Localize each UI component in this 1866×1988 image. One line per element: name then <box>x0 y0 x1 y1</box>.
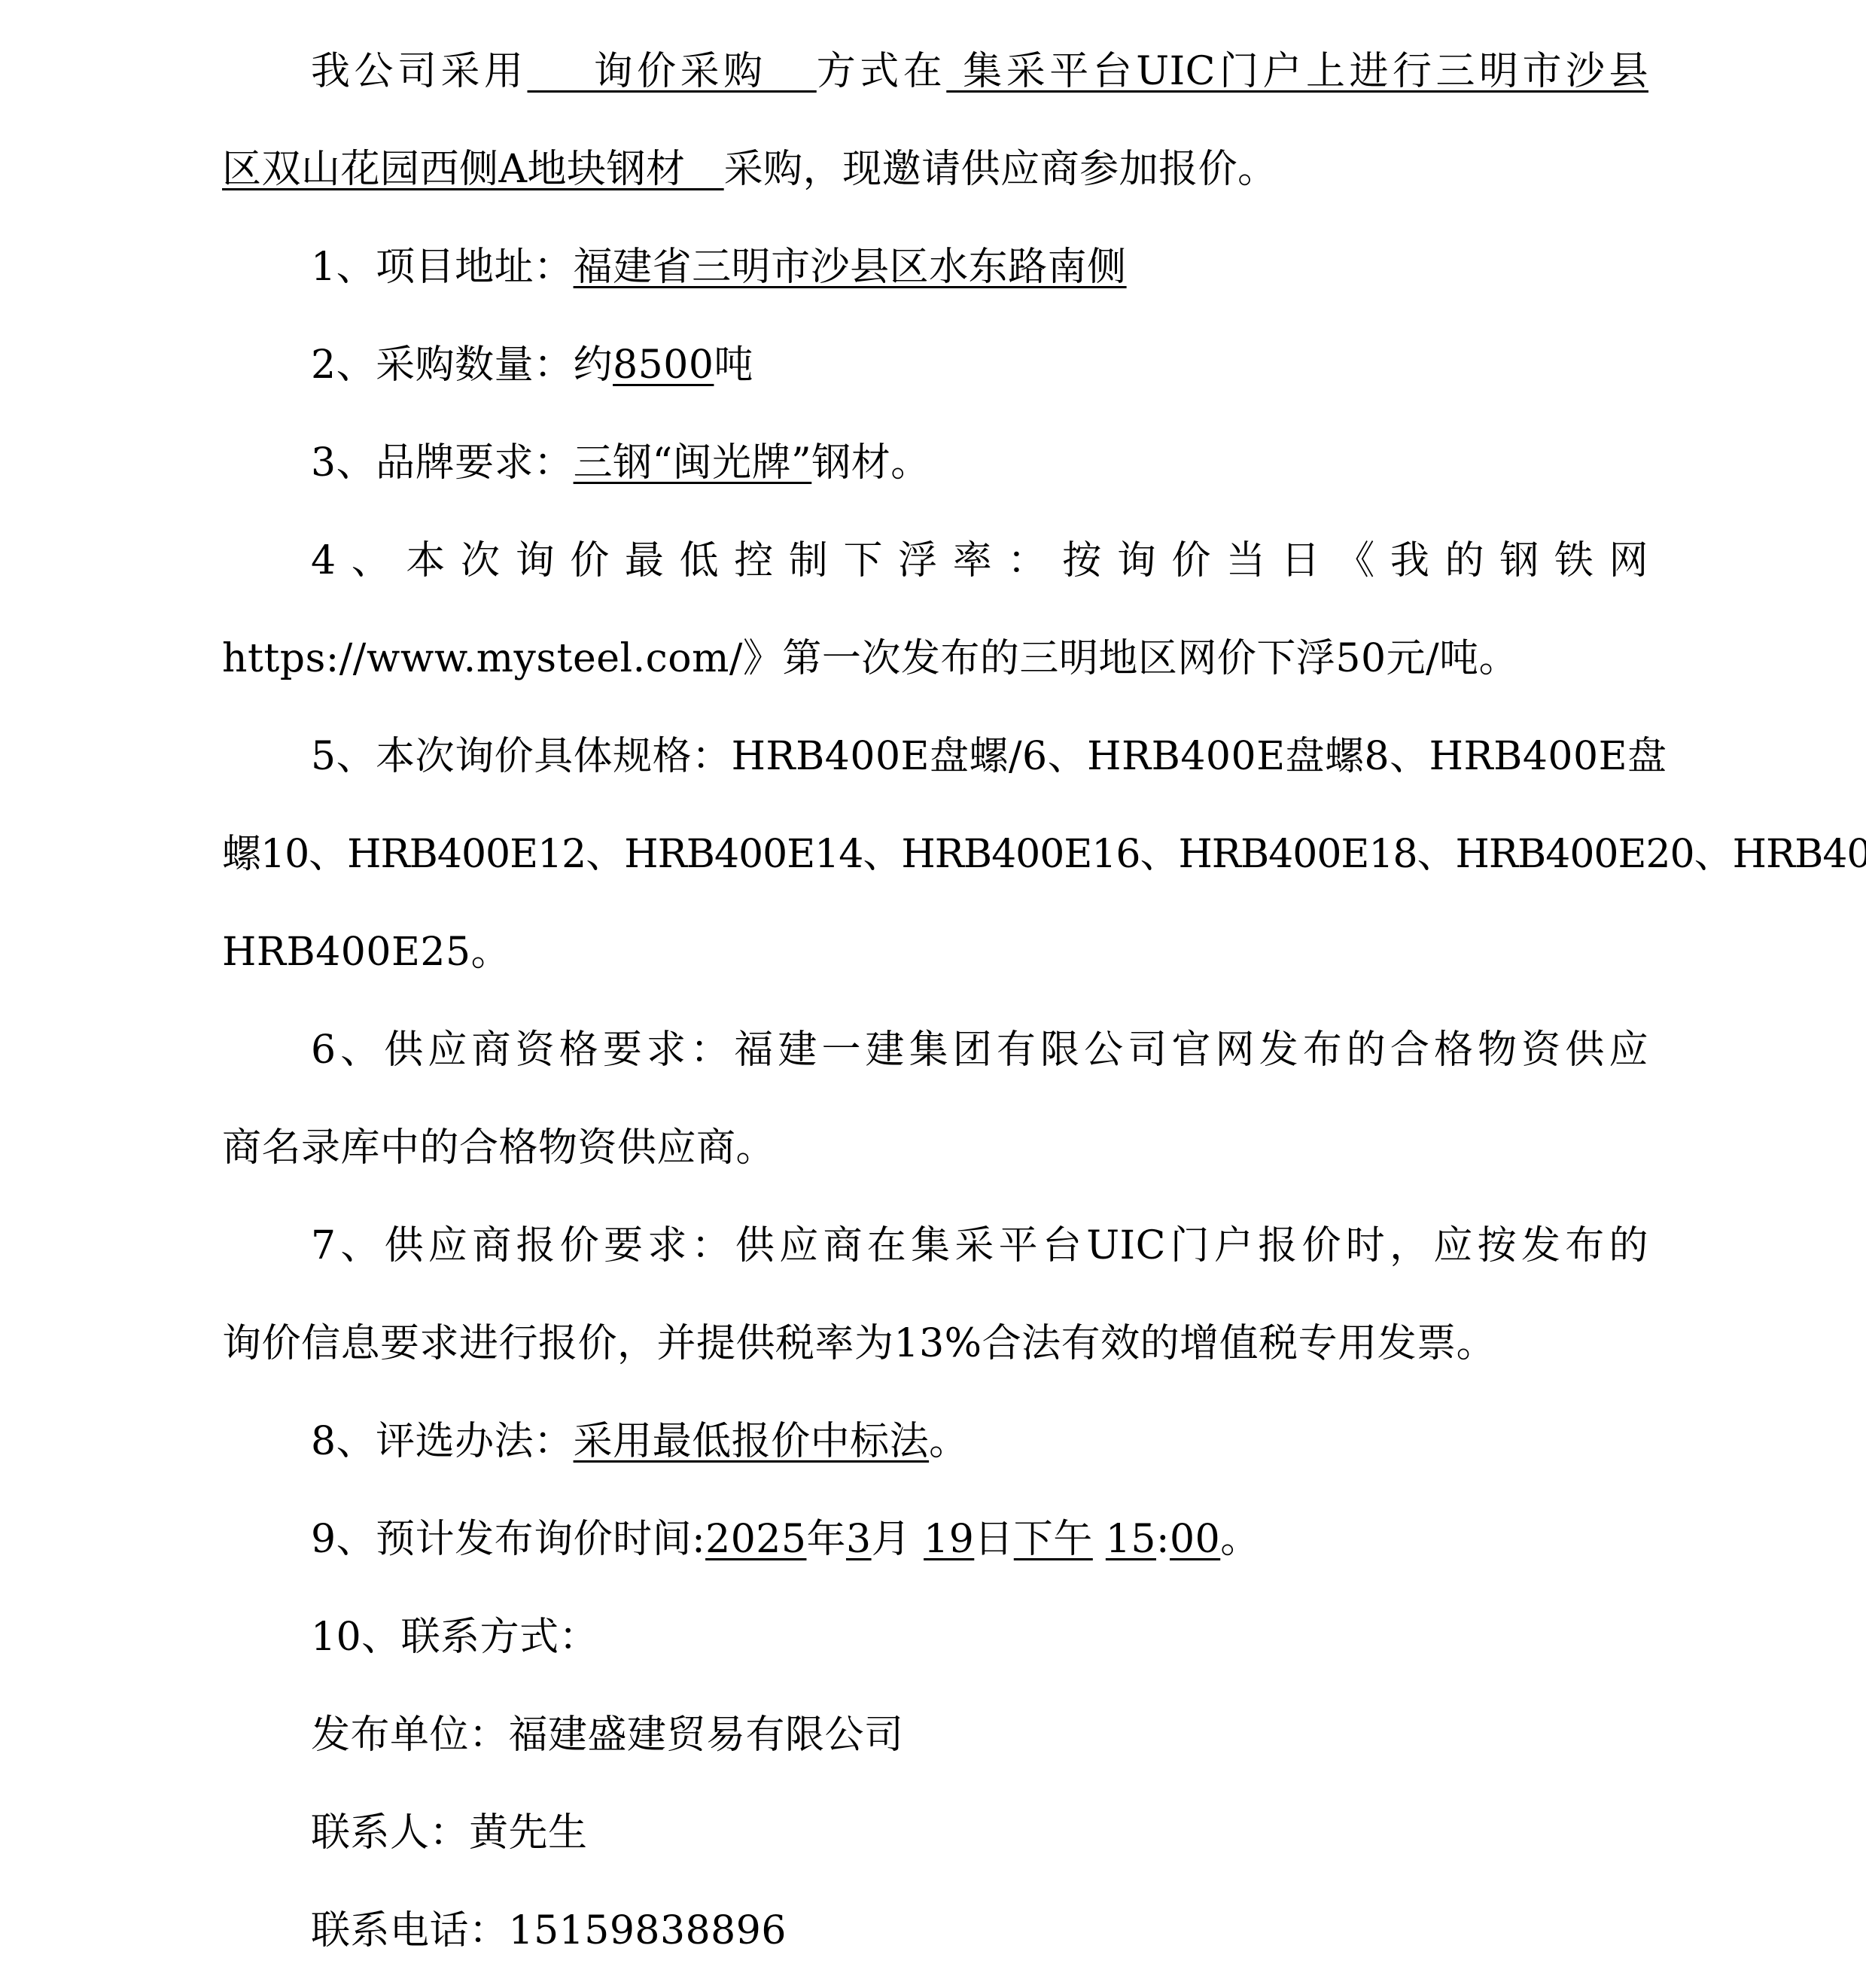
item-6-line-2: 商名录库中的合格物资供应商。 <box>222 1107 775 1189</box>
quantity-unit: 吨 <box>714 342 753 388</box>
item-label: 2、采购数量：约 <box>311 342 613 388</box>
project-address: 福建省三明市沙县区水东路南侧 <box>574 245 1127 290</box>
item-4-line-2: https://www.mysteel.com/》第一次发布的三明地区网价下浮5… <box>222 617 1518 700</box>
item-1: 1、项目地址：福建省三明市沙县区水东路南侧 <box>311 226 1127 309</box>
contact-phone: 联系电话：15159838896 <box>311 1889 787 1972</box>
hour-value: 15 <box>1106 1517 1156 1562</box>
item-9: 9、预计发布询价时间:2025年3月 19日下午 15:00。 <box>311 1498 1260 1581</box>
evaluation-method: 采用最低报价中标法 <box>574 1419 930 1464</box>
intro-line-1: 我公司采用 询价采购 方式在 集采平台UIC门户上进行三明市沙县 <box>311 30 1648 113</box>
intro-line-2: 区双山花园西侧A地块钢材 采购，现邀请供应商参加报价。 <box>222 128 1277 211</box>
item-4-line-1: 4、本次询价最低控制下浮率：按询价当日《我的钢铁网 <box>311 519 1648 602</box>
item-text: 钢材。 <box>811 440 930 486</box>
contact-person: 联系人：黄先生 <box>311 1792 588 1874</box>
procurement-method: 询价采购 <box>528 49 817 94</box>
year-value: 2025 <box>705 1517 806 1562</box>
item-text: 。 <box>929 1419 969 1464</box>
quantity-value: 8500 <box>613 342 714 388</box>
month-unit: 月 <box>872 1517 912 1562</box>
item-6-line-1: 6、供应商资格要求：福建一建集团有限公司官网发布的合格物资供应 <box>311 1009 1648 1091</box>
item-3: 3、品牌要求：三钢“闽光牌”钢材。 <box>311 422 930 504</box>
time-colon: : <box>1156 1517 1170 1562</box>
item-8: 8、评选办法：采用最低报价中标法。 <box>311 1400 969 1483</box>
item-5-line-1: 5、本次询价具体规格：HRB400E盘螺/6、HRB400E盘螺8、HRB400… <box>311 715 1648 798</box>
platform-name: 集采平台UIC门户上进行三明市沙县 <box>946 49 1648 94</box>
project-name: 区双山花园西侧A地块钢材 <box>222 147 724 192</box>
item-5-line-2: 螺10、HRB400E12、HRB400E14、HRB400E16、HRB400… <box>222 813 1866 896</box>
minute-value: 00 <box>1170 1517 1220 1562</box>
contact-publisher: 发布单位：福建盛建贸易有限公司 <box>311 1694 904 1776</box>
item-label: 3、品牌要求： <box>311 440 574 486</box>
item-5-line-3: HRB400E25。 <box>222 911 510 994</box>
year-unit: 年 <box>806 1517 846 1562</box>
day-unit: 日 <box>974 1517 1014 1562</box>
intro-text: 我公司采用 <box>311 49 528 94</box>
item-7-line-1: 7、供应商报价要求：供应商在集采平台UIC门户报价时，应按发布的 <box>311 1204 1648 1287</box>
item-label: 1、项目地址： <box>311 245 574 290</box>
item-label: 8、评选办法： <box>311 1419 574 1464</box>
item-10: 10、联系方式： <box>311 1596 598 1679</box>
brand-value: 三钢“闽光牌” <box>574 440 812 486</box>
day-value: 19 <box>924 1517 974 1562</box>
item-2: 2、采购数量：约8500吨 <box>311 324 753 406</box>
item-text: 。 <box>1220 1517 1260 1562</box>
period-value: 下午 <box>1014 1517 1093 1562</box>
month-value: 3 <box>846 1517 872 1562</box>
intro-text: 采购，现邀请供应商参加报价。 <box>724 147 1277 192</box>
intro-text: 方式在 <box>817 49 947 94</box>
item-7-line-2: 询价信息要求进行报价，并提供税率为13%合法有效的增值税专用发票。 <box>222 1302 1496 1385</box>
item-label: 9、预计发布询价时间: <box>311 1517 705 1562</box>
